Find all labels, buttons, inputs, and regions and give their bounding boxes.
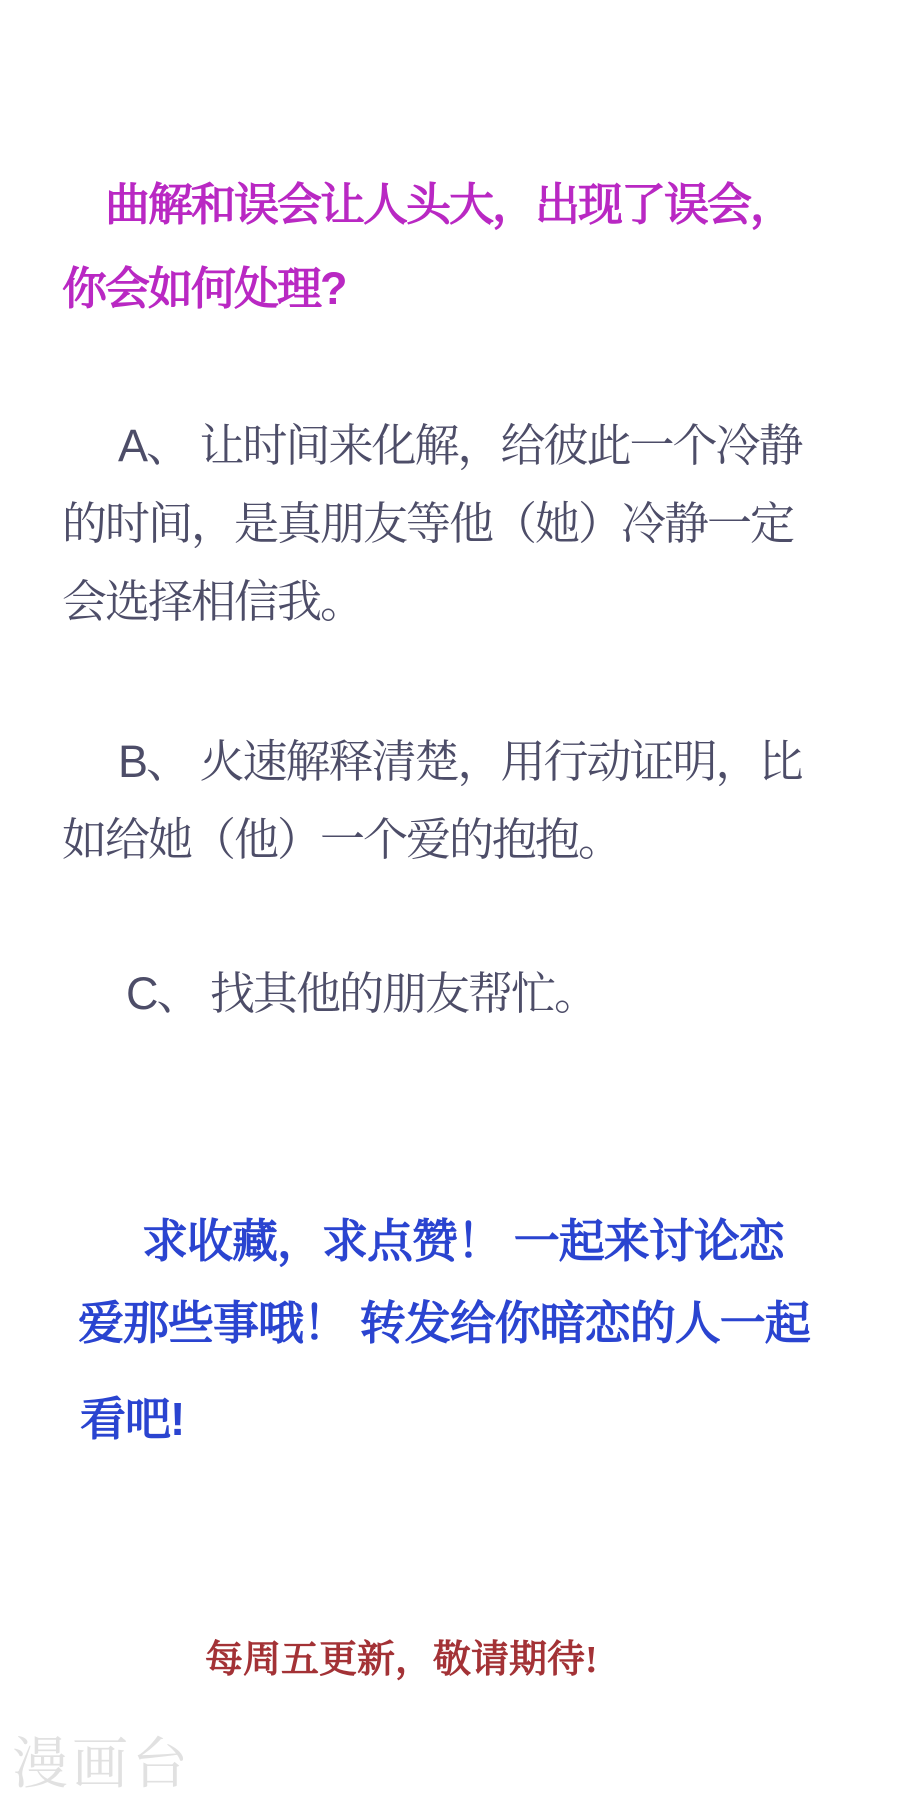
option-a-line: A、 让时间来化解，给彼此一个冷静: [118, 421, 802, 471]
cta-line: 爱那些事哦！ 转发给你暗恋的人一起: [78, 1298, 810, 1349]
update-schedule-note: 每周五更新，敬请期待!: [205, 1640, 598, 1682]
cta-line: 求收藏，求点赞！ 一起来讨论恋: [142, 1216, 784, 1267]
question-line: 你会如何处理?: [62, 264, 346, 314]
option-a-line: 会选择相信我。: [62, 577, 363, 627]
option-a-line: 的时间，是真朋友等他（她）冷静一定: [62, 499, 793, 549]
manhuatai-watermark-logo: 漫画台: [12, 1733, 192, 1795]
cta-line: 看吧!: [80, 1394, 184, 1445]
option-b-line: B、 火速解释清楚，用行动证明，比: [118, 737, 802, 787]
option-b-line: 如给她（他）一个爱的抱抱。: [62, 815, 621, 865]
comic-end-page: 曲解和误会让人头大，出现了误会， 你会如何处理? A、 让时间来化解，给彼此一个…: [0, 0, 900, 1800]
option-c-line: C、 找其他的朋友帮忙。: [126, 969, 597, 1019]
question-line: 曲解和误会让人头大，出现了误会，: [105, 180, 793, 230]
